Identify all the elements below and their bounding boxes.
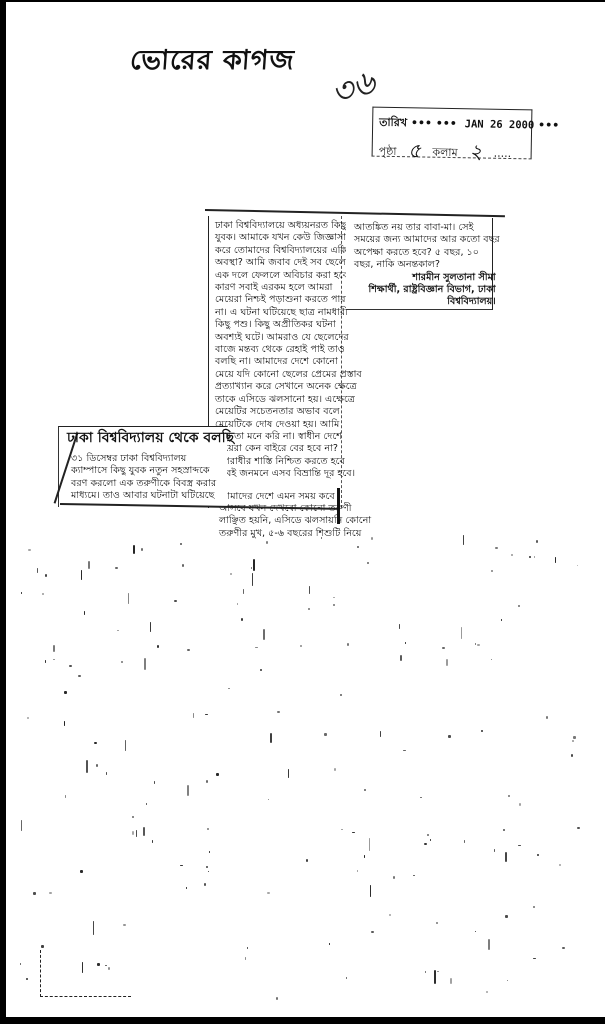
text-line: মেয়ে যদি কোনো ছেলের প্রেমের প্রস্তাব bbox=[215, 369, 371, 381]
scan-speck bbox=[488, 939, 490, 951]
scan-speck bbox=[403, 750, 406, 751]
text-line: তরুণীর মুখ, ৫-৬ বছরের শিশুটি নিয়ে bbox=[219, 528, 371, 540]
scan-speck bbox=[28, 549, 31, 550]
text-line: তাকে এসিডে ঝলসানো হয়। এক্ষেত্রে bbox=[215, 394, 371, 406]
stamp-date-label: তারিখ bbox=[379, 116, 407, 129]
clipping-right-column: আতঙ্কিত নয় তার বাবা-মা। সেইসময়ের জন্য … bbox=[346, 218, 493, 310]
scan-speck bbox=[205, 714, 208, 715]
stamp-page-label: পৃষ্ঠা bbox=[379, 145, 397, 158]
scan-speck bbox=[141, 548, 143, 550]
right-column-text: আতঙ্কিত নয় তার বাবা-মা। সেইসময়ের জন্য … bbox=[354, 222, 500, 309]
scan-speck bbox=[413, 875, 414, 876]
stamp-column-label: কলাম bbox=[432, 146, 457, 159]
scan-speck bbox=[276, 997, 278, 1000]
bracket-mark bbox=[40, 950, 131, 997]
scan-speck bbox=[393, 876, 395, 879]
scan-speck bbox=[536, 540, 537, 543]
scan-speck bbox=[187, 785, 189, 796]
scan-speck bbox=[117, 630, 119, 631]
text-line: আসবে যখন দেখবো কোনো তরুণী bbox=[219, 503, 371, 515]
scan-speck bbox=[430, 839, 431, 841]
scan-speck bbox=[364, 789, 366, 791]
scan-speck bbox=[464, 840, 465, 843]
scan-speck bbox=[400, 655, 402, 661]
scan-speck bbox=[448, 735, 451, 738]
scan-speck bbox=[136, 830, 138, 837]
text-line: লাঞ্ছিত হয়নি, এসিডে ঝলসায়নি কোনো bbox=[219, 515, 371, 527]
text-line: বছর, নাকি অনন্তকাল? bbox=[354, 259, 500, 271]
stamp-page-value: ৫ bbox=[408, 138, 421, 162]
scan-bottom-border bbox=[0, 1017, 605, 1024]
scan-speck bbox=[42, 593, 45, 595]
scan-speck bbox=[152, 840, 153, 843]
scan-speck bbox=[21, 592, 22, 594]
scan-speck bbox=[334, 768, 336, 771]
scan-speck bbox=[519, 803, 521, 806]
scan-speck bbox=[252, 573, 254, 586]
scan-speck bbox=[352, 832, 354, 834]
scan-speck bbox=[88, 561, 90, 569]
scan-speck bbox=[86, 760, 88, 773]
fold-mark bbox=[337, 488, 340, 524]
scan-speck bbox=[49, 892, 51, 894]
scan-speck bbox=[206, 780, 207, 783]
scan-speck bbox=[96, 764, 99, 767]
scan-speck bbox=[228, 688, 230, 689]
scan-speck bbox=[434, 970, 436, 984]
scan-speck bbox=[491, 570, 493, 572]
signature-line: শারমীন সুলতানা সীমা bbox=[354, 272, 500, 284]
text-line: মেয়েরা কেন বাইরে বের হবে না? bbox=[215, 443, 371, 455]
newspaper-masthead: ভোরের কাগজ bbox=[128, 40, 296, 85]
scan-speck bbox=[533, 958, 536, 959]
scan-speck bbox=[207, 828, 209, 830]
clipping-headline-block: ঢাকা বিশ্ববিদ্যালয় থেকে বলছি ৩১ ডিসেম্ব… bbox=[58, 426, 227, 507]
text-line: মেয়েটির সচেতনতার অভাব বলে bbox=[215, 406, 371, 418]
scan-speck bbox=[477, 644, 479, 646]
text-line: অপরাধীর শাস্তি নিশ্চিত করতে হবে bbox=[215, 456, 371, 468]
scan-speck bbox=[494, 849, 495, 851]
text-line: অপেক্ষা করতে হবে? ৫ বছর, ১০ bbox=[354, 247, 500, 259]
clipping-headline: ঢাকা বিশ্ববিদ্যালয় থেকে বলছি bbox=[67, 429, 234, 447]
clipping-main-column: ঢাকা বিশ্ববিদ্যালয়ে অধ্যয়নরত কিছুযুবক।… bbox=[208, 216, 342, 508]
scan-speck bbox=[53, 645, 55, 653]
scan-speck bbox=[425, 971, 426, 973]
stamp-column-value: ২ bbox=[469, 139, 482, 163]
scan-speck bbox=[427, 834, 429, 836]
scan-speck bbox=[115, 567, 117, 569]
scan-speck bbox=[505, 915, 508, 918]
scan-speck bbox=[308, 608, 310, 610]
scan-speck bbox=[64, 721, 66, 726]
text-line: বরণ করলো এক তরুণীকে বিবস্ত্র করার bbox=[71, 478, 216, 490]
scan-speck bbox=[128, 593, 130, 604]
scan-speck bbox=[399, 624, 401, 628]
text-line: মেয়েটিকে দোষ দেওয়া হয়। আমি bbox=[215, 419, 371, 431]
scan-speck bbox=[94, 742, 97, 744]
scan-speck bbox=[180, 543, 181, 544]
clipping-lead-text: ৩১ ডিসেম্বর ঢাকা বিশ্ববিদ্যালয়ক্যাম্পাস… bbox=[71, 453, 216, 503]
scan-speck bbox=[367, 562, 369, 564]
text-line: আমাদের দেশে এমন সময় কবে bbox=[219, 491, 371, 503]
scan-speck bbox=[357, 870, 358, 871]
scan-speck bbox=[546, 716, 548, 718]
scan-speck bbox=[529, 556, 531, 558]
scan-speck bbox=[371, 537, 373, 540]
scan-speck bbox=[371, 931, 374, 932]
scan-speck bbox=[364, 855, 365, 857]
scan-speck bbox=[37, 568, 39, 572]
text-line: অবশ্যই ঘটে। আমরাও যে ছেলেদের bbox=[215, 332, 371, 344]
stamp-date-value: JAN 26 2000 bbox=[465, 118, 535, 131]
clipping-right-rule bbox=[346, 309, 492, 310]
scan-speck bbox=[33, 892, 36, 895]
scan-speck bbox=[324, 733, 327, 736]
scan-speck bbox=[577, 827, 580, 828]
scan-speck bbox=[78, 675, 81, 677]
scan-speck bbox=[450, 978, 452, 984]
text-line: তবেই জনমনে এসব বিভ্রান্তি দূর হবে। bbox=[215, 468, 371, 480]
scan-speck bbox=[571, 754, 573, 757]
scan-speck bbox=[442, 647, 445, 649]
text-line: কিছু পশু। কিছু অপ্রীতিকর ঘটনা bbox=[215, 319, 371, 331]
scan-speck bbox=[241, 618, 242, 621]
signature-line: বিশ্ববিদ্যালয়। bbox=[354, 296, 500, 308]
scan-speck bbox=[253, 559, 255, 571]
scan-speck bbox=[270, 733, 272, 743]
text-line: বলছি না। আমাদের দেশে কোনো bbox=[215, 356, 371, 368]
scan-speck bbox=[41, 945, 44, 948]
text-line: আতঙ্কিত নয় তার বাবা-মা। সেই bbox=[354, 222, 500, 234]
scan-speck bbox=[333, 597, 335, 598]
scan-speck bbox=[572, 740, 574, 741]
scan-speck bbox=[461, 627, 463, 639]
text-line: মাধ্যমে। তাও আবার ঘটনাটা ঘটিয়েছে bbox=[71, 490, 216, 502]
text-line: ক্যাম্পাসে কিছু যুবক নতুন সহস্রাব্দকে bbox=[71, 465, 216, 477]
scan-speck bbox=[81, 570, 83, 580]
text-line: ৩১ ডিসেম্বর ঢাকা বিশ্ববিদ্যালয় bbox=[71, 453, 216, 465]
scan-speck bbox=[64, 691, 66, 693]
scan-speck bbox=[501, 619, 502, 620]
signature-line: শিক্ষার্থী, রাষ্ট্রবিজ্ঞান বিভাগ, ঢাকা bbox=[354, 284, 500, 296]
scan-speck bbox=[505, 852, 507, 862]
scan-speck bbox=[321, 537, 322, 539]
text-line: প্রত্যাখ্যান করে সেখানে অনেক ক্ষেত্রে bbox=[215, 381, 371, 393]
text-line: বাজে মন্তব্য থেকে রেহাই পাই তাও bbox=[215, 344, 371, 356]
stamp-page-row: পৃষ্ঠা ৫ কলাম ২ ..... bbox=[378, 134, 511, 169]
stamp-date-row: তারিখ ••• ••• JAN 26 2000 ••• bbox=[379, 114, 559, 136]
scan-speck bbox=[573, 736, 576, 739]
scan-speck bbox=[182, 564, 184, 566]
scan-speck bbox=[180, 865, 183, 866]
scan-speck bbox=[45, 574, 47, 577]
scan-speck bbox=[143, 827, 145, 836]
scan-speck bbox=[237, 603, 238, 605]
scan-speck bbox=[424, 843, 426, 846]
scan-speck bbox=[206, 866, 208, 868]
date-stamp: তারিখ ••• ••• JAN 26 2000 ••• পৃষ্ঠা ৫ ক… bbox=[372, 107, 533, 160]
scan-speck bbox=[133, 545, 135, 554]
scan-speck bbox=[80, 870, 82, 872]
scan-speck bbox=[562, 947, 565, 949]
scan-speck bbox=[123, 924, 126, 926]
scan-speck bbox=[121, 661, 123, 663]
scan-speck bbox=[446, 659, 448, 665]
scan-speck bbox=[132, 831, 134, 836]
scan-speck bbox=[370, 885, 372, 897]
scan-speck bbox=[263, 629, 265, 639]
scan-speck bbox=[260, 669, 262, 671]
scan-speck bbox=[518, 845, 521, 847]
text-line: কিন্তু তা মনে করি না। স্বাধীন দেশে bbox=[215, 431, 371, 443]
scan-speck bbox=[144, 658, 146, 670]
text-line: সময়ের জন্য আমাদের আর কতো বছর bbox=[354, 234, 500, 246]
scan-speck bbox=[216, 773, 219, 776]
scan-speck bbox=[347, 643, 349, 646]
scan-speck bbox=[555, 557, 557, 564]
